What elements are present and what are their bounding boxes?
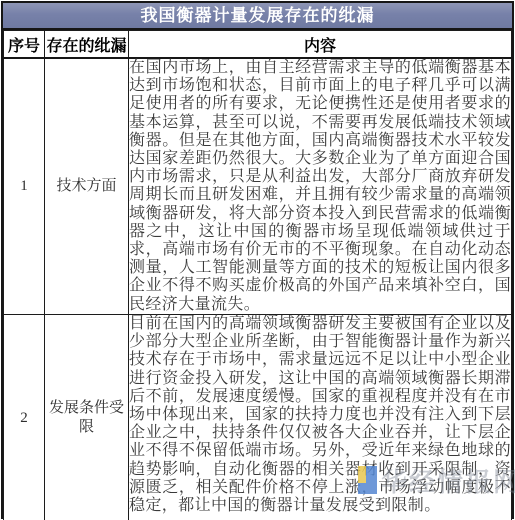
row-2-index: 2 [4,315,45,520]
table-title: 我国衡器计量发展存在的纰漏 [3,3,512,30]
table-header-row: 序号 存在的纰漏 内容 [4,31,512,59]
row-1-content: 在国内市场上，由自主经营需求主导的低端衡器基本达到市场饱和状态，目前市面上的电子… [129,58,512,315]
table-row: 2 发展条件受限 目前在国内的高端领域衡器研发主要被国有企业以及少部分大型企业所… [4,315,512,520]
col-header-issue: 存在的纰漏 [45,31,129,59]
table-row: 1 技术方面 在国内市场上，由自主经营需求主导的低端衡器基本达到市场饱和状态，目… [4,58,512,315]
row-1-issue: 技术方面 [45,58,129,315]
col-header-content: 内容 [129,31,512,59]
row-2-content: 目前在国内的高端领域衡器研发主要被国有企业以及少部分大型企业所垄断，由于智能衡器… [129,315,512,520]
row-2-issue: 发展条件受限 [45,315,129,520]
issues-table-container: 我国衡器计量发展存在的纰漏 序号 存在的纰漏 内容 1 技术方面 在国内市场上，… [1,1,514,519]
col-header-index: 序号 [4,31,45,59]
issues-table: 序号 存在的纰漏 内容 1 技术方面 在国内市场上，由自主经营需求主导的低端衡器… [3,30,512,520]
row-1-index: 1 [4,58,45,315]
